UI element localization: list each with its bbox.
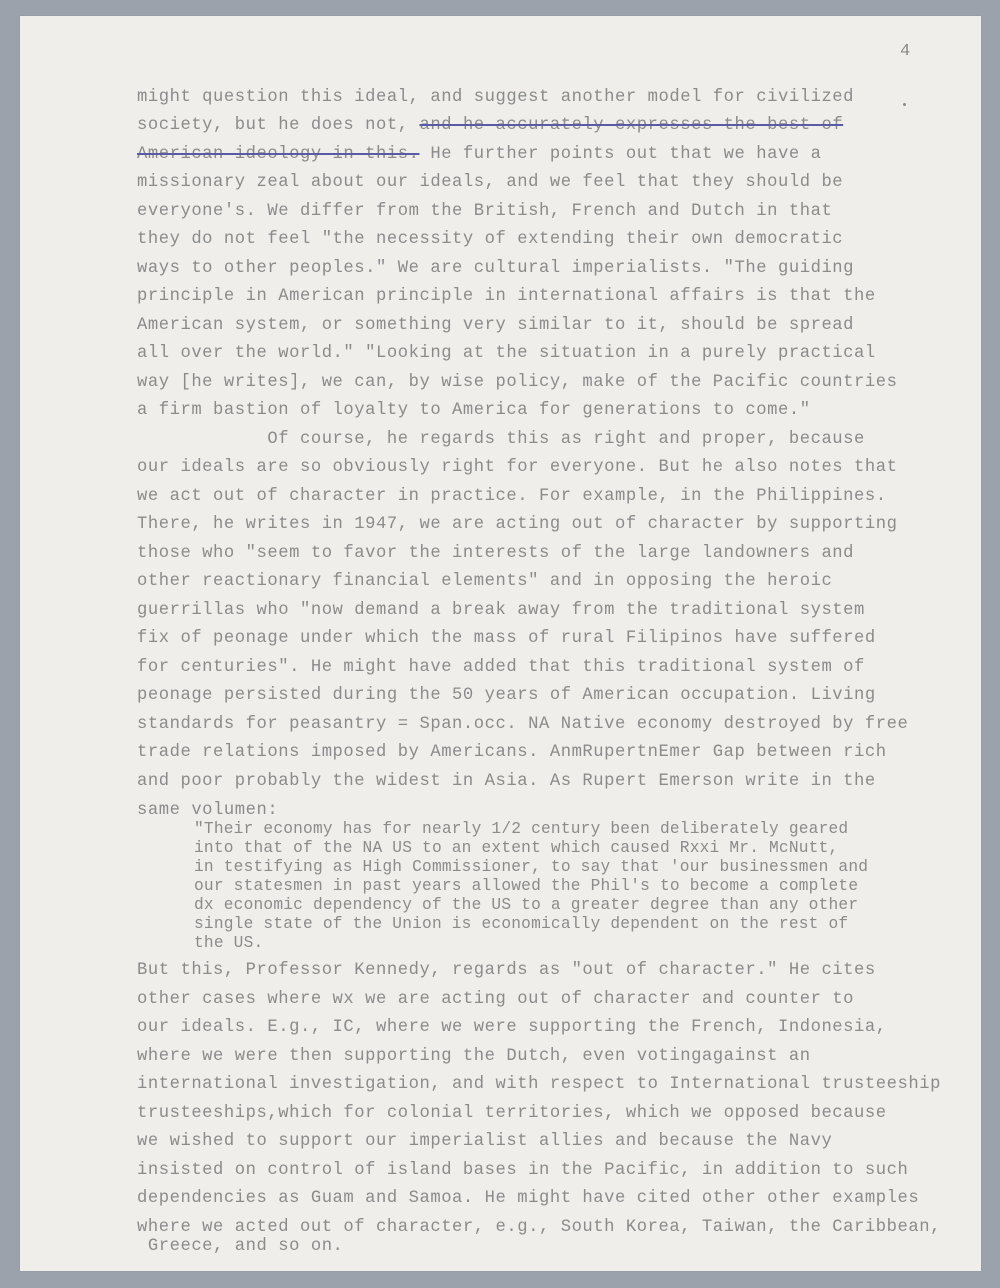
quote-line: our statesmen in past years allowed the … — [194, 877, 858, 895]
body-line: trade relations imposed by Americans. An… — [137, 743, 887, 763]
body-line: we wished to support our imperialist all… — [137, 1132, 832, 1152]
quote-line: single state of the Union is economicall… — [194, 915, 848, 933]
body-line: peonage persisted during the 50 years of… — [137, 686, 876, 706]
body-line: ways to other peoples." We are cultural … — [137, 259, 854, 279]
body-line: a firm bastion of loyalty to America for… — [137, 401, 811, 421]
body-line: might question this ideal, and suggest a… — [137, 88, 854, 108]
body-line: dependencies as Guam and Samoa. He might… — [137, 1189, 919, 1209]
body-line: fix of peonage under which the mass of r… — [137, 629, 876, 649]
body-line: for centuries". He might have added that… — [137, 658, 865, 678]
stray-mark — [903, 103, 906, 106]
body-line: where we were then supporting the Dutch,… — [137, 1047, 811, 1067]
body-line: principle in American principle in inter… — [137, 287, 876, 307]
body-line: and poor probably the widest in Asia. As… — [137, 772, 876, 792]
body-line: everyone's. We differ from the British, … — [137, 202, 832, 222]
struck-text: American ideology in this. — [137, 145, 419, 164]
body-line: where we acted out of character, e.g., S… — [137, 1218, 941, 1238]
quote-line: dx economic dependency of the US to a gr… — [194, 896, 858, 914]
quote-line: in testifying as High Commissioner, to s… — [194, 858, 868, 876]
body-line: missionary zeal about our ideals, and we… — [137, 173, 843, 193]
body-line: guerrillas who "now demand a break away … — [137, 601, 865, 621]
body-line: There, he writes in 1947, we are acting … — [137, 515, 898, 535]
quote-line: into that of the NA US to an extent whic… — [194, 839, 838, 857]
body-line: they do not feel "the necessity of exten… — [137, 230, 843, 250]
body-line: all over the world." "Looking at the sit… — [137, 344, 876, 364]
body-line: Greece, and so on. — [137, 1237, 343, 1257]
body-line: trusteeships,which for colonial territor… — [137, 1104, 887, 1124]
body-line: other cases where wx we are acting out o… — [137, 990, 854, 1010]
body-line: we act out of character in practice. For… — [137, 487, 887, 507]
body-line: But this, Professor Kennedy, regards as … — [137, 961, 876, 981]
struck-text: and he accurately expresses the best of — [419, 116, 843, 135]
body-line: way [he writes], we can, by wise policy,… — [137, 373, 898, 393]
body-line: our ideals. E.g., IC, where we were supp… — [137, 1018, 887, 1038]
page-number: 4 — [900, 42, 910, 61]
quote-line: the US. — [194, 934, 263, 952]
body-line: American ideology in this. He further po… — [137, 145, 821, 165]
body-line: our ideals are so obviously right for ev… — [137, 458, 898, 478]
body-line: same volumen: — [137, 801, 278, 821]
body-line: Of course, he regards this as right and … — [137, 430, 865, 450]
body-line: standards for peasantry = Span.occ. NA N… — [137, 715, 908, 735]
body-line: international investigation, and with re… — [137, 1075, 941, 1095]
body-line: American system, or something very simil… — [137, 316, 854, 336]
typewritten-page: 4 might question this ideal, and suggest… — [20, 16, 981, 1271]
body-line: insisted on control of island bases in t… — [137, 1161, 908, 1181]
body-line: society, but he does not, and he accurat… — [137, 116, 843, 136]
body-line: those who "seem to favor the interests o… — [137, 544, 854, 564]
body-line: other reactionary financial elements" an… — [137, 572, 832, 592]
quote-line: "Their economy has for nearly 1/2 centur… — [194, 820, 848, 838]
